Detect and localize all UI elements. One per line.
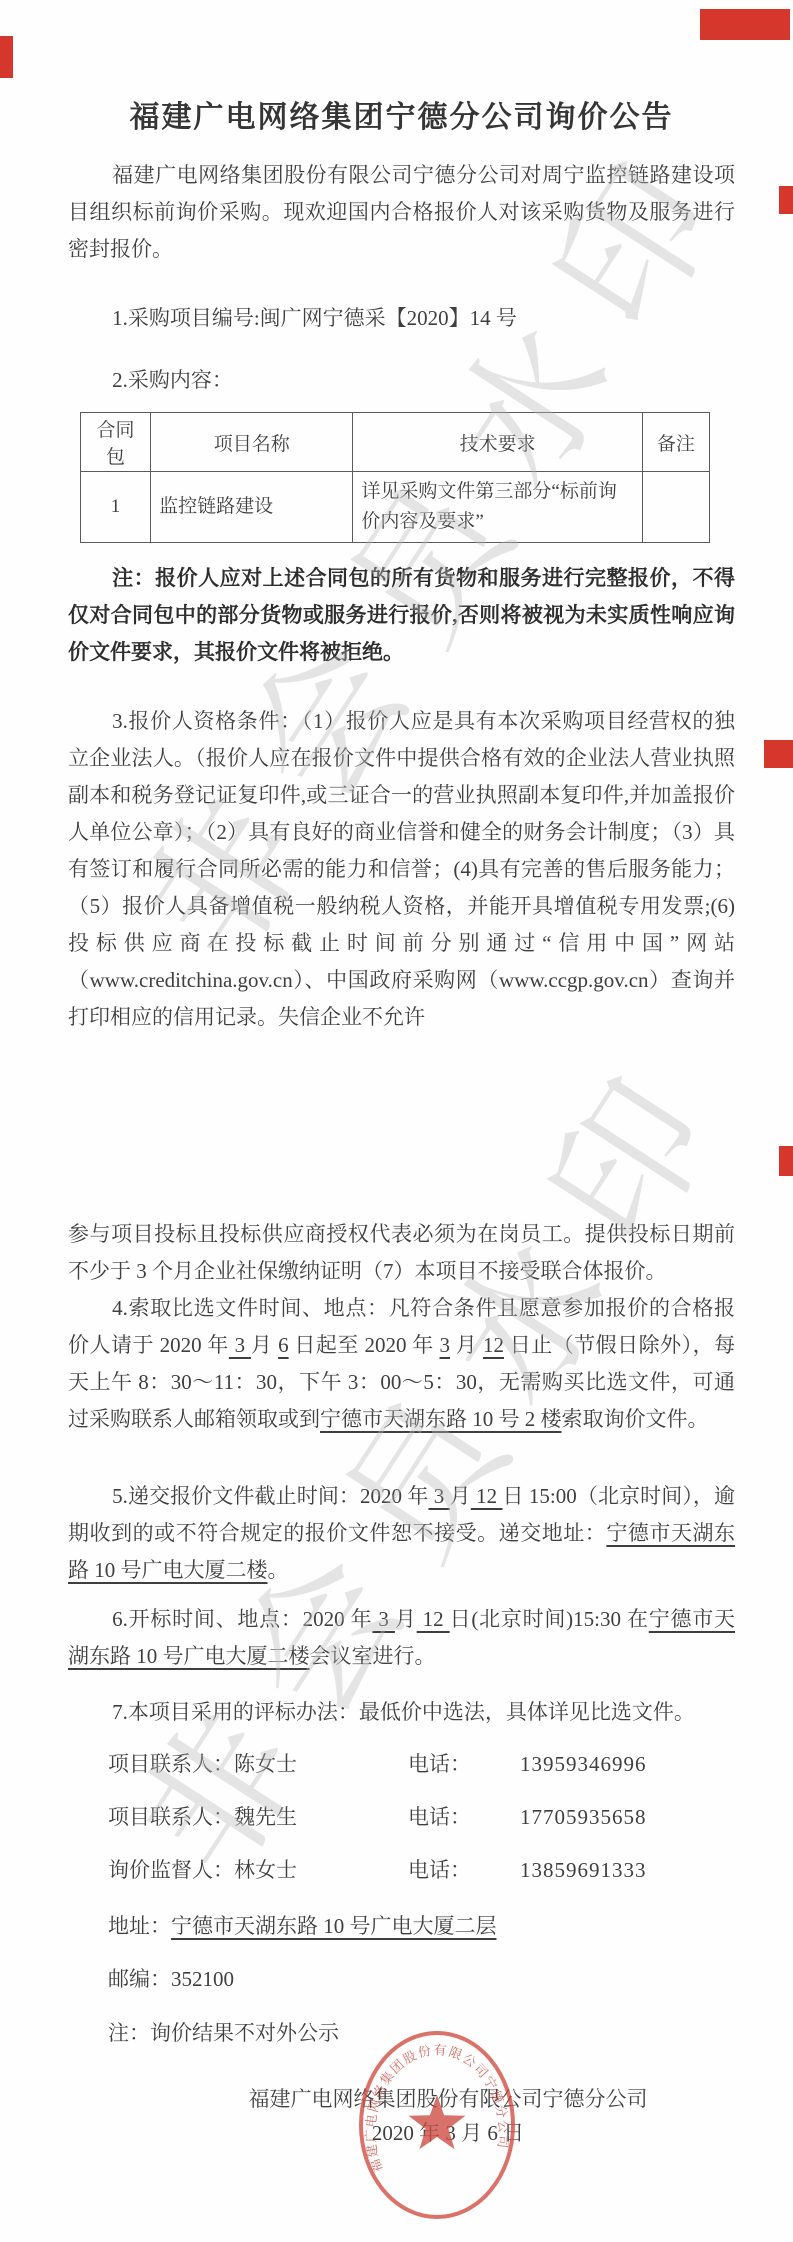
table-cell-name: 监控链路建设 bbox=[151, 472, 353, 543]
contact-phone-number: 17705935658 bbox=[520, 1799, 647, 1836]
contact-phone-number: 13859691333 bbox=[520, 1852, 647, 1889]
company-seal: 福建广电网络集团股份有限公司宁德分公司 bbox=[352, 2027, 522, 2223]
table-header-name: 项目名称 bbox=[151, 413, 353, 472]
item-1-project-number: 1.采购项目编号:闽广网宁德采【2020】14 号 bbox=[68, 300, 735, 337]
redaction-mark-right-edge-3 bbox=[779, 1146, 793, 1176]
table-header-row: 合同包 项目名称 技术要求 备注 bbox=[81, 413, 710, 472]
contact-tel-label: 电话： bbox=[408, 1799, 498, 1836]
document-body: 福建广电网络集团宁德分公司询价公告 福建广电网络集团股份有限公司宁德分公司对周宁… bbox=[68, 0, 735, 2242]
item-6-opening-time: 6.开标时间、地点：2020 年 3 月 12 日(北京时间)15:30 在宁德… bbox=[68, 1601, 735, 1675]
postcode-line: 邮编：352100 bbox=[68, 1961, 735, 1998]
item-3-continued: 参与项目投标且投标供应商授权代表必须为在岗员工。提供投标日期前不少于 3 个月企… bbox=[68, 1216, 735, 1290]
contact-label: 项目联系人：魏先生 bbox=[108, 1799, 408, 1836]
table-cell-remark bbox=[642, 472, 709, 543]
contact-tel-label: 电话： bbox=[408, 1852, 498, 1889]
contact-row-1: 项目联系人：陈女士 电话： 13959346996 bbox=[68, 1746, 775, 1783]
seal-star-icon bbox=[409, 2095, 466, 2149]
item-4-document-collection: 4.索取比选文件时间、地点：凡符合条件且愿意参加报价的合格报价人请于 2020 … bbox=[68, 1290, 735, 1438]
redaction-mark-top-right bbox=[700, 9, 790, 40]
redaction-mark-right-edge-2 bbox=[764, 740, 793, 768]
table-header-remark: 备注 bbox=[642, 413, 709, 472]
table-header-tech: 技术要求 bbox=[353, 413, 642, 472]
table-header-package: 合同包 bbox=[81, 413, 151, 472]
procurement-table-block: 合同包 项目名称 技术要求 备注 1 监控链路建设 详见采购文件第三部分“标前询… bbox=[68, 412, 735, 543]
address-line: 地址：宁德市天湖东路 10 号广电大厦二层 bbox=[68, 1908, 735, 1945]
contact-tel-label: 电话： bbox=[408, 1746, 498, 1783]
table-cell-package: 1 bbox=[81, 472, 151, 543]
table-row: 1 监控链路建设 详见采购文件第三部分“标前询价内容及要求” bbox=[81, 472, 710, 543]
redaction-mark-left-edge bbox=[0, 36, 13, 78]
scanned-document-page: 非会员水印 非会员水印 福建广电网络集团宁德分公司询价公告 福建广电网络集团股份… bbox=[0, 0, 793, 2242]
page-title: 福建广电网络集团宁德分公司询价公告 bbox=[68, 92, 735, 136]
item-2-procurement-content: 2.采购内容： bbox=[68, 362, 735, 399]
procurement-table: 合同包 项目名称 技术要求 备注 1 监控链路建设 详见采购文件第三部分“标前询… bbox=[80, 412, 710, 543]
intro-paragraph: 福建广电网络集团股份有限公司宁德分公司对周宁监控链路建设项目组织标前询价采购。现… bbox=[68, 157, 735, 268]
table-cell-tech: 详见采购文件第三部分“标前询价内容及要求” bbox=[353, 472, 642, 543]
contact-label: 项目联系人：陈女士 bbox=[108, 1746, 408, 1783]
redaction-mark-right-edge-1 bbox=[779, 186, 793, 214]
item-5-submission-deadline: 5.递交报价文件截止时间：2020 年 3 月 12 日 15:00（北京时间）… bbox=[68, 1478, 735, 1589]
item-7-evaluation-method: 7.本项目采用的评标办法：最低价中选法，具体详见比选文件。 bbox=[68, 1694, 735, 1731]
note-paragraph: 注：报价人应对上述合同包的所有货物和服务进行完整报价，不得仅对合同包中的部分货物… bbox=[68, 560, 735, 671]
contact-label: 询价监督人：林女士 bbox=[108, 1852, 408, 1889]
item-3-qualifications: 3.报价人资格条件：（1）报价人应是具有本次采购项目经营权的独立企业法人。（报价… bbox=[68, 703, 735, 1036]
contact-phone-number: 13959346996 bbox=[520, 1746, 647, 1783]
contact-row-3: 询价监督人：林女士 电话： 13859691333 bbox=[68, 1852, 775, 1889]
contact-row-2: 项目联系人：魏先生 电话： 17705935658 bbox=[68, 1799, 775, 1836]
